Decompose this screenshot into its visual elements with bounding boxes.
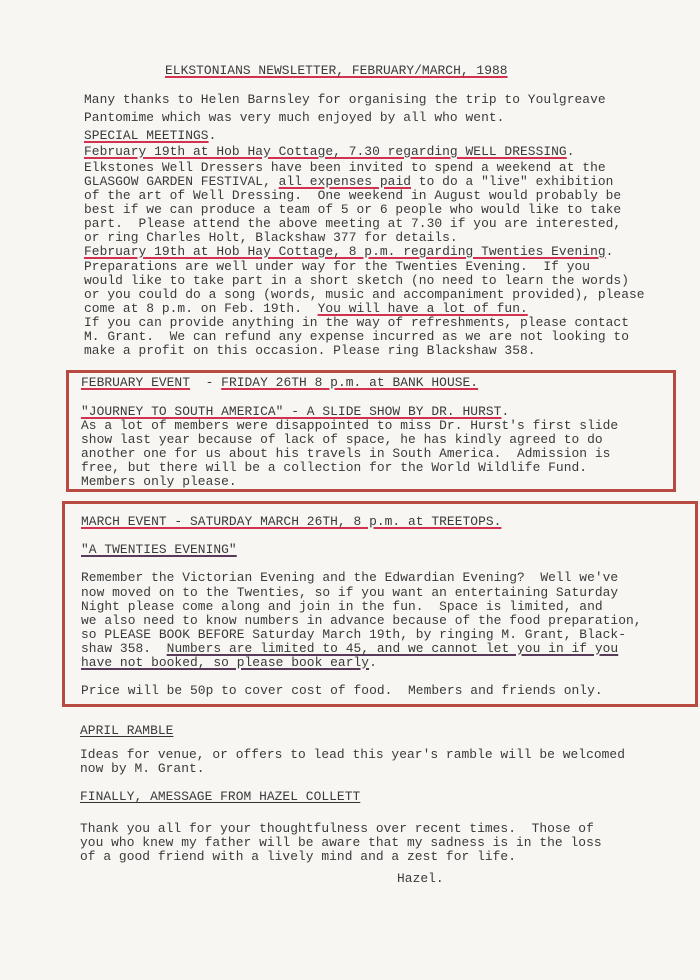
signature: Hazel. bbox=[397, 872, 444, 886]
meeting1-line: of the art of Well Dressing. One weekend… bbox=[84, 189, 621, 203]
february-event-line: free, but there will be a collection for… bbox=[81, 461, 587, 475]
meeting2-line: Preparations are well under way for the … bbox=[84, 260, 590, 274]
february-event-heading: FEBRUARY EVENT - FRIDAY 26TH 8 p.m. at B… bbox=[81, 376, 478, 390]
february-event-line: As a lot of members were disappointed to… bbox=[81, 419, 618, 433]
march-event-line: have not booked, so please book early. bbox=[81, 656, 377, 670]
march-event-subtitle: "A TWENTIES EVENING" bbox=[81, 543, 237, 557]
march-event-line: Remember the Victorian Evening and the E… bbox=[81, 571, 618, 585]
february-event-line: another one for us about his travels in … bbox=[81, 447, 610, 461]
meeting1-line: GLASGOW GARDEN FESTIVAL, all expenses pa… bbox=[84, 175, 613, 189]
march-event-line: now moved on to the Twenties, so if you … bbox=[81, 586, 618, 600]
february-event-line: Members only please. bbox=[81, 475, 237, 489]
meeting2-line: or you could do a song (words, music and… bbox=[84, 288, 645, 302]
meeting1-heading: February 19th at Hob Hay Cottage, 7.30 r… bbox=[84, 145, 575, 159]
march-event-line: we also need to know numbers in advance … bbox=[81, 614, 642, 628]
intro-line: Many thanks to Helen Barnsley for organi… bbox=[84, 93, 606, 107]
finally-line: Thank you all for your thoughtfulness ov… bbox=[80, 822, 594, 836]
april-ramble-heading: APRIL RAMBLE bbox=[80, 724, 173, 738]
meeting2-line: come at 8 p.m. on Feb. 19th. You will ha… bbox=[84, 302, 528, 316]
meeting1-line: part. Please attend the above meeting at… bbox=[84, 217, 621, 231]
finally-line: you who knew my father will be aware tha… bbox=[80, 836, 602, 850]
meeting1-line: or ring Charles Holt, Blackshaw 377 for … bbox=[84, 231, 458, 245]
meeting1-line: Elkstones Well Dressers have been invite… bbox=[84, 161, 606, 175]
special-meetings-heading: SPECIAL MEETINGS. bbox=[84, 129, 216, 143]
april-ramble-line: Ideas for venue, or offers to lead this … bbox=[80, 748, 625, 762]
february-event-line: show last year because of lack of space,… bbox=[81, 433, 603, 447]
meeting1-line: best if we can produce a team of 5 or 6 … bbox=[84, 203, 621, 217]
march-event-price: Price will be 50p to cover cost of food.… bbox=[81, 684, 603, 698]
newsletter-title: ELKSTONIANS NEWSLETTER, FEBRUARY/MARCH, … bbox=[165, 64, 508, 78]
march-event-line: so PLEASE BOOK BEFORE Saturday March 19t… bbox=[81, 628, 626, 642]
march-event-line: Night please come along and join in the … bbox=[81, 600, 603, 614]
finally-heading: FINALLY, AMESSAGE FROM HAZEL COLLETT bbox=[80, 790, 360, 804]
newsletter-page: ELKSTONIANS NEWSLETTER, FEBRUARY/MARCH, … bbox=[0, 0, 700, 980]
intro-line: Pantomime which was very much enjoyed by… bbox=[84, 111, 504, 125]
february-event-subtitle: "JOURNEY TO SOUTH AMERICA" - A SLIDE SHO… bbox=[81, 405, 509, 419]
meeting2-heading: February 19th at Hob Hay Cottage, 8 p.m.… bbox=[84, 245, 613, 259]
meeting2-line: If you can provide anything in the way o… bbox=[84, 316, 629, 330]
april-ramble-line: now by M. Grant. bbox=[80, 762, 205, 776]
march-event-line: shaw 358. Numbers are limited to 45, and… bbox=[81, 642, 618, 656]
finally-line: of a good friend with a lively mind and … bbox=[80, 850, 516, 864]
meeting2-line: make a profit on this occasion. Please r… bbox=[84, 344, 536, 358]
meeting2-line: M. Grant. We can refund any expense incu… bbox=[84, 330, 629, 344]
meeting2-line: would like to take part in a short sketc… bbox=[84, 274, 629, 288]
march-event-heading: MARCH EVENT - SATURDAY MARCH 26TH, 8 p.m… bbox=[81, 515, 501, 529]
